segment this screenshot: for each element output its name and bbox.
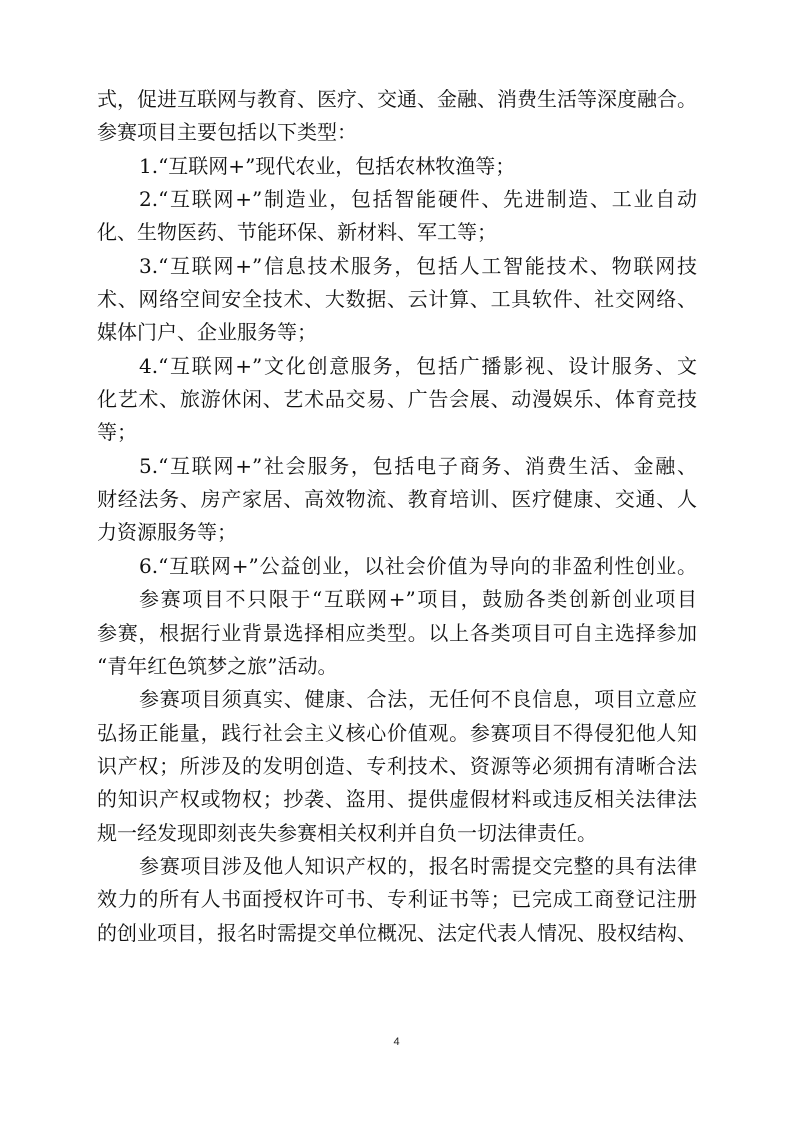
- text-line: 财经法务、房产家居、高效物流、教育培训、医疗健康、交通、人: [97, 483, 697, 516]
- text-line: 参赛项目主要包括以下类型：: [97, 116, 697, 149]
- document-page: 式，促进互联网与教育、医疗、交通、金融、消费生活等深度融合。参赛项目主要包括以下…: [0, 0, 793, 1122]
- text-line: 1.“互联网+”现代农业，包括农林牧渔等；: [97, 150, 697, 183]
- text-line: 弘扬正能量，践行社会主义核心价值观。参赛项目不得侵犯他人知: [97, 717, 697, 750]
- text-line: 效力的所有人书面授权许可书、专利证书等；已完成工商登记注册: [97, 883, 697, 916]
- text-line: 力资源服务等；: [97, 516, 697, 549]
- page-number: 4: [0, 1036, 793, 1048]
- text-line: 4.“互联网+”文化创意服务，包括广播影视、设计服务、文: [97, 350, 697, 383]
- text-line: 的知识产权或物权；抄袭、盗用、提供虚假材料或违反相关法律法: [97, 783, 697, 816]
- text-line: 式，促进互联网与教育、医疗、交通、金融、消费生活等深度融合。: [97, 83, 697, 116]
- text-line: 的创业项目，报名时需提交单位概况、法定代表人情况、股权结构、: [97, 917, 697, 950]
- text-line: 等；: [97, 416, 697, 449]
- text-line: 化艺术、旅游休闲、艺术品交易、广告会展、动漫娱乐、体育竞技: [97, 383, 697, 416]
- text-line: 术、网络空间安全技术、大数据、云计算、工具软件、社交网络、: [97, 283, 697, 316]
- text-line: 3.“互联网+”信息技术服务，包括人工智能技术、物联网技: [97, 250, 697, 283]
- text-line: 参赛项目不只限于“互联网+”项目，鼓励各类创新创业项目: [97, 583, 697, 616]
- text-line: 5.“互联网+”社会服务，包括电子商务、消费生活、金融、: [97, 450, 697, 483]
- body-text: 式，促进互联网与教育、医疗、交通、金融、消费生活等深度融合。参赛项目主要包括以下…: [97, 83, 697, 950]
- text-line: 6.“互联网+”公益创业，以社会价值为导向的非盈利性创业。: [97, 550, 697, 583]
- text-line: 参赛项目须真实、健康、合法，无任何不良信息，项目立意应: [97, 683, 697, 716]
- text-line: 参赛项目涉及他人知识产权的，报名时需提交完整的具有法律: [97, 850, 697, 883]
- text-line: 规一经发现即刻丧失参赛相关权利并自负一切法律责任。: [97, 817, 697, 850]
- text-line: “青年红色筑梦之旅”活动。: [97, 650, 697, 683]
- text-line: 2.“互联网+”制造业，包括智能硬件、先进制造、工业自动: [97, 183, 697, 216]
- text-line: 识产权；所涉及的发明创造、专利技术、资源等必须拥有清晰合法: [97, 750, 697, 783]
- text-line: 参赛，根据行业背景选择相应类型。以上各类项目可自主选择参加: [97, 617, 697, 650]
- text-line: 化、生物医药、节能环保、新材料、军工等；: [97, 216, 697, 249]
- text-line: 媒体门户、企业服务等；: [97, 316, 697, 349]
